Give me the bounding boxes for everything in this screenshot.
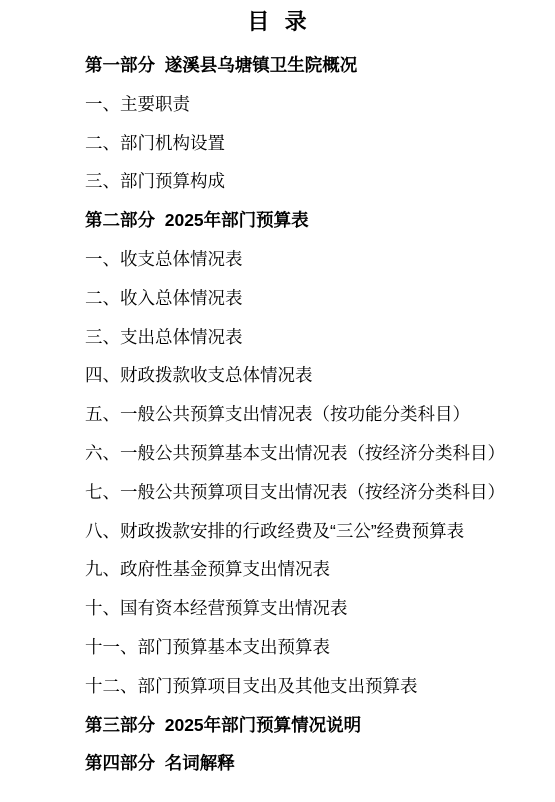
toc-entry: 九、政府性基金预算支出情况表 [85, 550, 525, 589]
toc-entry: 八、财政拨款安排的行政经费及“三公”经费预算表 [85, 512, 525, 551]
toc-entry: 六、一般公共预算基本支出情况表（按经济分类科目） [85, 434, 525, 473]
toc-entry: 二、收入总体情况表 [85, 279, 525, 318]
toc-entry: 三、部门预算构成 [85, 162, 525, 201]
toc-entry: 三、支出总体情况表 [85, 318, 525, 357]
document-page: 目 录 第一部分 遂溪县乌塘镇卫生院概况一、主要职责二、部门机构设置三、部门预算… [0, 0, 555, 802]
page-title: 目 录 [0, 0, 555, 38]
toc-entry: 十二、部门预算项目支出及其他支出预算表 [85, 667, 525, 706]
toc-list: 第一部分 遂溪县乌塘镇卫生院概况一、主要职责二、部门机构设置三、部门预算构成第二… [0, 38, 555, 783]
toc-part-heading: 第四部分 名词解释 [85, 744, 525, 783]
toc-entry: 十一、部门预算基本支出预算表 [85, 628, 525, 667]
toc-entry: 五、一般公共预算支出情况表（按功能分类科目） [85, 395, 525, 434]
toc-entry: 七、一般公共预算项目支出情况表（按经济分类科目） [85, 473, 525, 512]
toc-entry: 四、财政拨款收支总体情况表 [85, 356, 525, 395]
toc-entry: 二、部门机构设置 [85, 124, 525, 163]
toc-entry: 一、收支总体情况表 [85, 240, 525, 279]
toc-entry: 一、主要职责 [85, 85, 525, 124]
toc-entry: 十、国有资本经营预算支出情况表 [85, 589, 525, 628]
toc-part-heading: 第一部分 遂溪县乌塘镇卫生院概况 [85, 46, 525, 85]
toc-part-heading: 第二部分 2025年部门预算表 [85, 201, 525, 240]
toc-part-heading: 第三部分 2025年部门预算情况说明 [85, 706, 525, 745]
